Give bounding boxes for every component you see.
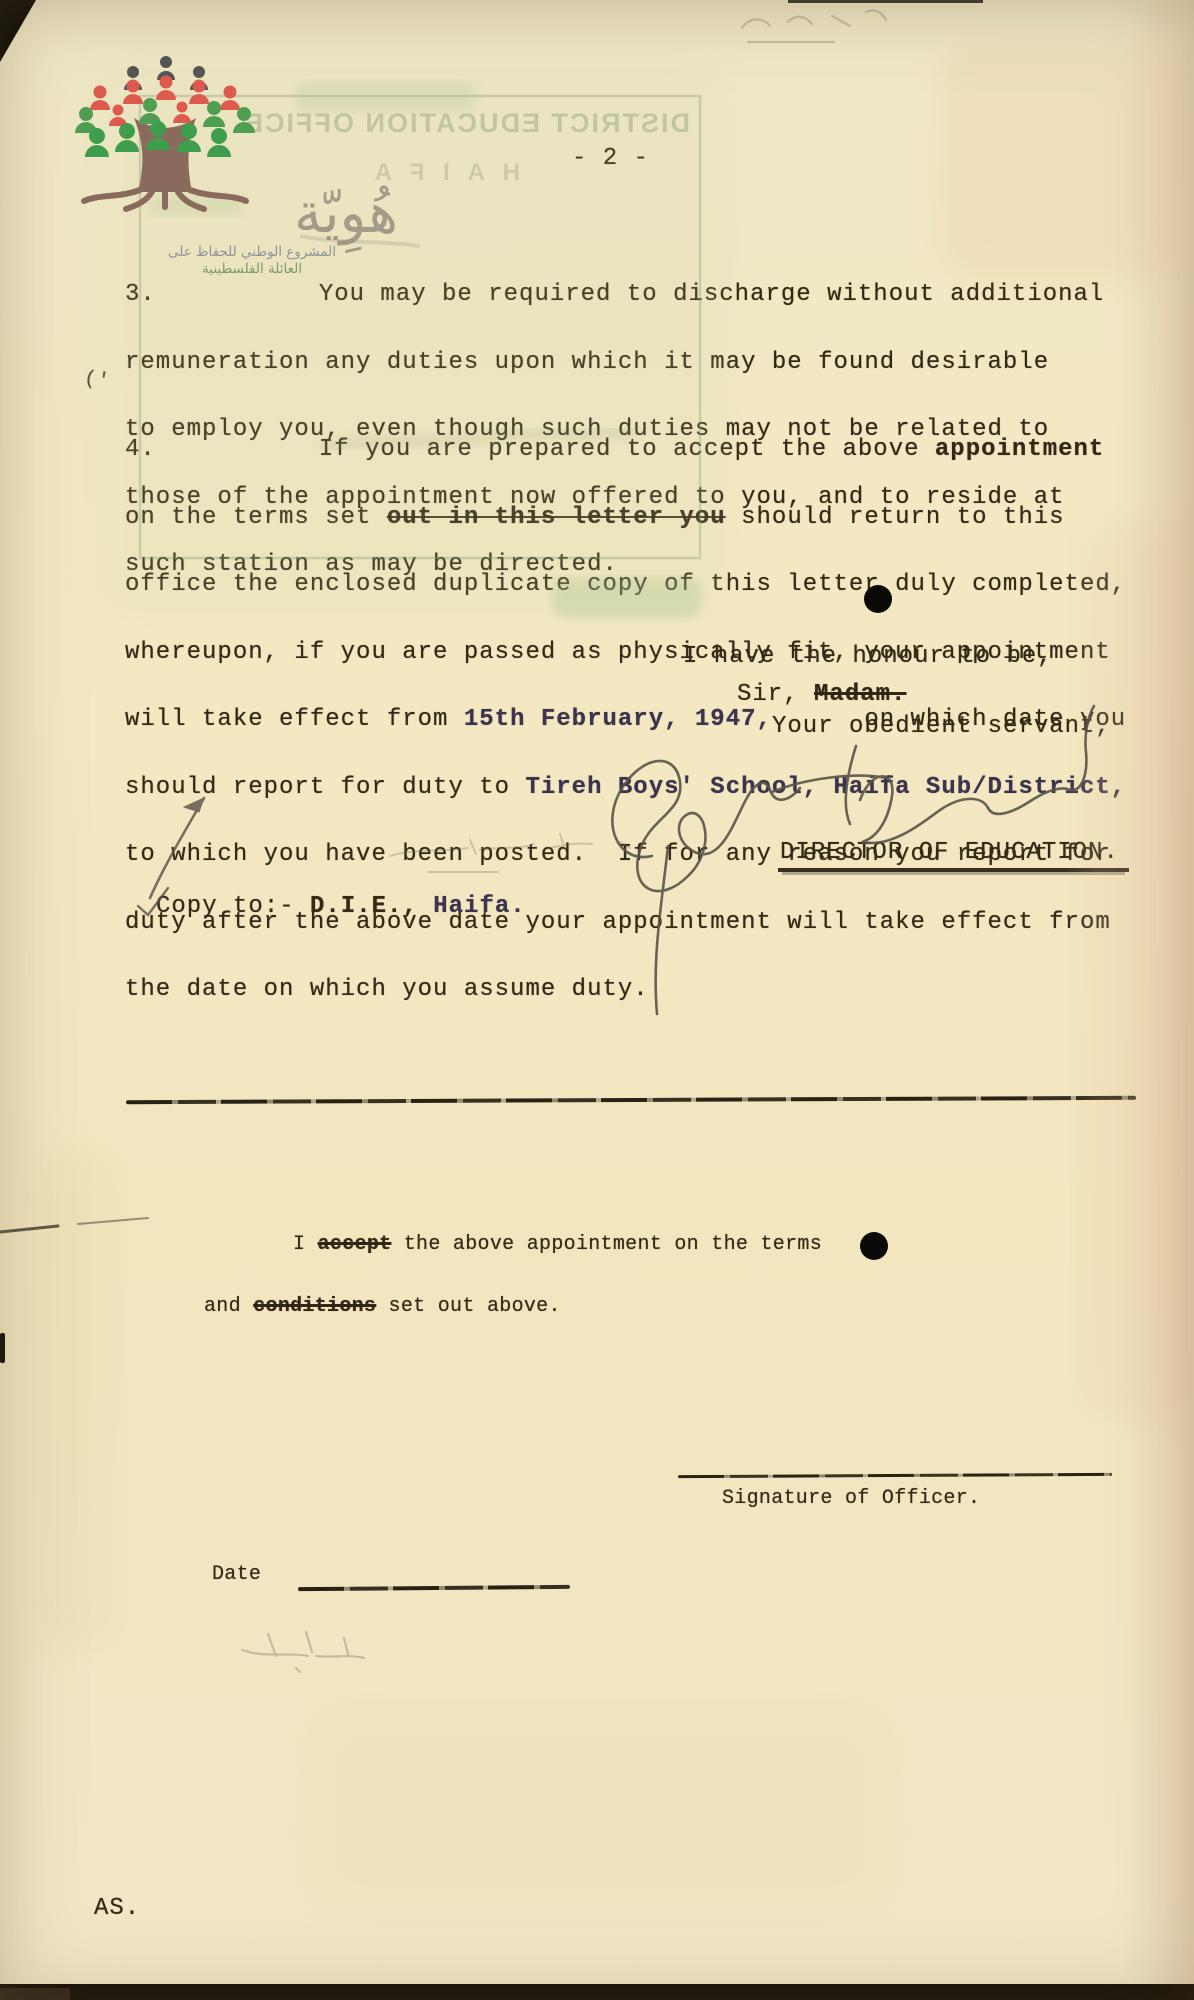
paragraph-number: 4. [125, 439, 156, 462]
ink-dot-bottom [860, 1232, 888, 1260]
copy-to-line: Copy to:- D.I.E., Haifa. [156, 896, 526, 919]
paragraph-4-line: should report for duty to Tireh Boys' Sc… [125, 777, 1126, 800]
officer-signature-rule [678, 1473, 1112, 1478]
paragraph-4-line: office the enclosed duplicate copy of th… [125, 574, 1126, 597]
page-number: - 2 - [572, 148, 649, 171]
officer-signature-label: Signature of Officer. [722, 1488, 980, 1511]
footer-initials: AS. [94, 1898, 140, 1921]
struck-word-accept: accept [318, 1233, 392, 1256]
paragraph-4-line: the date on which you assume duty. [125, 979, 1126, 1002]
date-label: Date [212, 1564, 261, 1587]
acceptance-line-1: I accept the above appointment on the te… [293, 1234, 822, 1257]
paragraph-3-line: 3.You may be required to discharge witho… [125, 284, 1104, 307]
pencil-annotation-top [742, 10, 886, 42]
acceptance-line-2: and conditions set out above. [204, 1296, 561, 1319]
stamp-office-text: DISTRICT EDUCATION OFFICE [243, 108, 690, 138]
struck-word-conditions: conditions [253, 1295, 376, 1318]
pencil-annotation-date [242, 1632, 364, 1672]
pencil-dash-left [0, 1218, 148, 1232]
scanned-letter-page: - 2 - 3.You may be required to discharge… [0, 0, 1194, 2000]
director-of-education-title: DIRECTOR OF EDUCATION. [778, 842, 1129, 872]
closing-salutation-line: Sir, Madam. [737, 684, 906, 707]
paragraph-number: 3. [125, 284, 156, 307]
stamp-haifa-text: H A I F A [369, 159, 520, 186]
closing-servant-line: Your obedient servant, [772, 716, 1111, 739]
people-canopy [75, 56, 255, 157]
scan-edge-tint [1124, 0, 1194, 2000]
overtyped-text: out in this letter you [387, 504, 726, 531]
struck-word-madam: Madam. [814, 681, 906, 708]
divider-rule [126, 1096, 1136, 1104]
closing-honour-line: I have the honour to be, [683, 646, 1053, 669]
inserted-school-name: Tireh Boys' School, Haifa Sub/District, [525, 774, 1126, 801]
date-rule [298, 1585, 570, 1591]
tree-icon [75, 56, 255, 209]
margin-mark: (' [83, 368, 112, 394]
inserted-date: 15th February, 1947, [464, 706, 772, 733]
paragraph-4-line: 4.If you are prepared to accept the abov… [125, 439, 1126, 462]
paragraph-3-line: remuneration any duties upon which it ma… [125, 352, 1104, 375]
paragraph-4-line: on the terms set out in this letter you … [125, 507, 1126, 530]
